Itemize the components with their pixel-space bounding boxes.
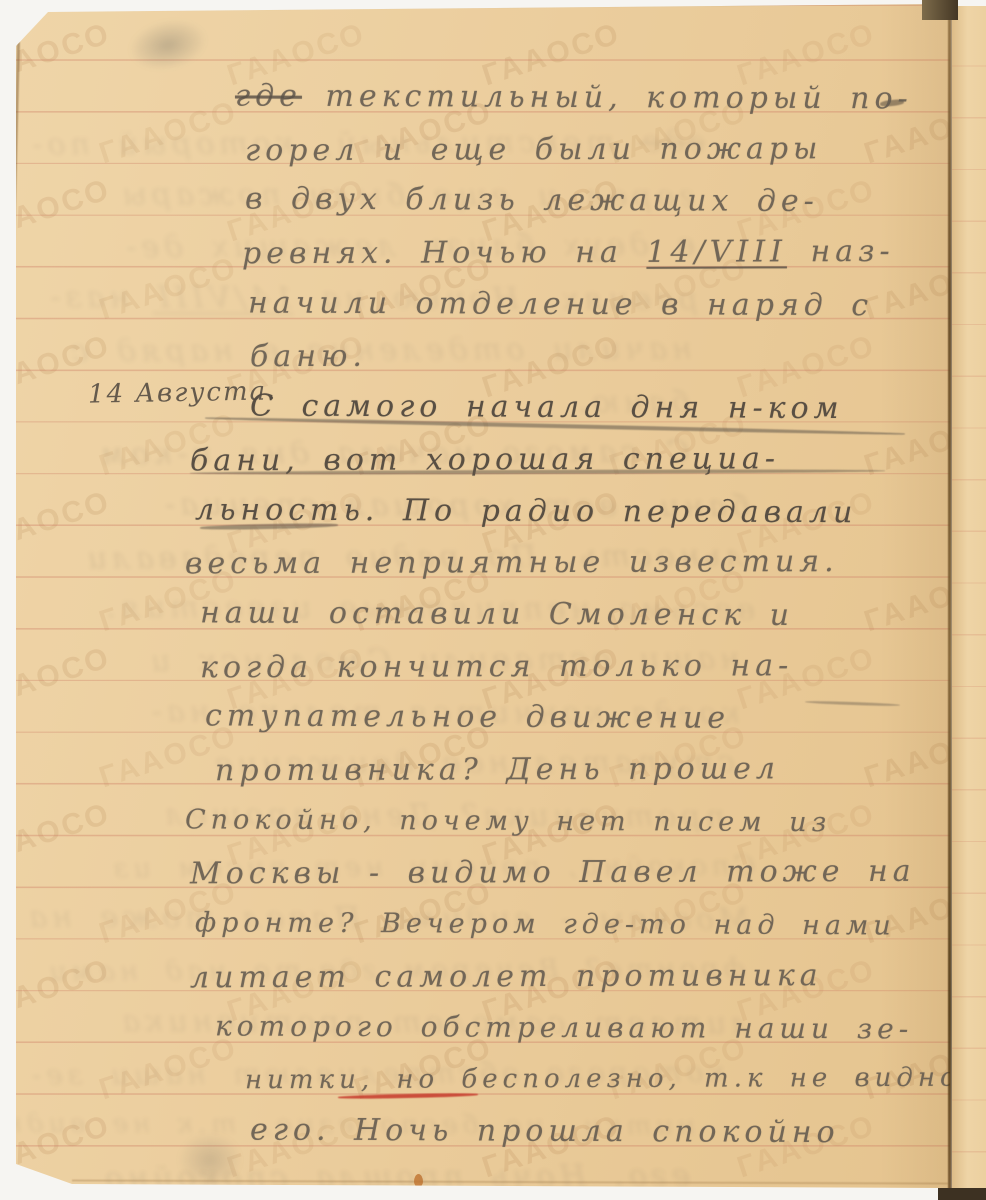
diary-line-segment: начили отделение в наряд с — [248, 285, 873, 323]
diary-line: литает самолет противника — [190, 949, 950, 1003]
diary-line: Москвы - видимо Павел тоже на — [190, 846, 950, 900]
diary-line-segment: текстильный, который по- — [302, 79, 913, 117]
diary-line-segment: в двух близь лежащих де- — [245, 182, 819, 220]
diary-line: противника? День прошел — [215, 743, 950, 797]
spine-tab-bottom — [938, 1188, 986, 1200]
diary-line: где текстильный, который по- — [235, 70, 950, 125]
diary-line-segment: фронте? Вечером где-то над нами — [195, 907, 896, 941]
spine-tab-top — [922, 0, 958, 20]
diary-line: нитки, но бесполезно, т.к не видно — [245, 1053, 950, 1107]
diary-line-segment: противника? День прошел — [215, 751, 780, 788]
diary-line: ревнях. Ночью на 14/VIII наз- — [242, 226, 950, 280]
diary-line-segment: нитки, но бесполезно, т.к не видно — [245, 1063, 961, 1095]
diary-line-segment: где — [235, 78, 302, 113]
diary-page: ГААОСОГААОСОГААОСОГААОСОГААОСОГААОСОГААО… — [10, 0, 955, 1192]
diary-line: весьма неприятные известия. — [185, 536, 950, 590]
diary-line-segment: когда кончится только на- — [200, 648, 793, 685]
diary-line: которого обстреливают наши зе- — [215, 1001, 950, 1056]
diary-line-segment: литает самолет противника — [190, 958, 823, 995]
diary-line-segment: горел и еще были пожары — [245, 131, 823, 168]
adjacent-page-ruled-lines — [952, 6, 986, 1190]
adjacent-page-sliver — [952, 6, 986, 1190]
diary-line-segment: Спокойно, почему нет писем из — [185, 804, 831, 838]
diary-line-segment: 14/VIII — [646, 234, 787, 269]
diary-line-segment: наши оставили Смоленск и — [200, 595, 794, 633]
diary-line: горел и еще были пожары — [245, 122, 950, 176]
diary-line: льность. По радио передавали — [195, 484, 950, 539]
diary-line-segment: ступательное движение — [205, 699, 730, 736]
diary-line: наши оставили Смоленск и — [200, 587, 950, 642]
diary-line-segment: ревнях. Ночью на — [242, 235, 647, 271]
diary-line: в двух близь лежащих де- — [245, 174, 950, 229]
diary-line: когда кончится только на- — [200, 639, 950, 693]
diary-text: где текстильный, который по-горел и еще … — [180, 72, 950, 1157]
diary-line-segment: баню. — [250, 339, 367, 374]
diary-line-segment: весьма неприятные известия. — [185, 544, 839, 581]
diary-line-segment: которого обстреливают наши зе- — [215, 1010, 913, 1046]
diary-line: баню. — [250, 329, 950, 383]
diary-line: фронте? Вечером где-то над нами — [195, 897, 950, 952]
diary-line: Спокойно, почему нет писем из — [185, 794, 950, 849]
diary-line: начили отделение в наряд с — [248, 277, 950, 332]
diary-line-segment: Москвы - видимо Павел тоже на — [190, 854, 916, 892]
diary-line: бани, вот хорошая специа- — [190, 432, 950, 486]
diary-line-segment: наз- — [787, 234, 895, 269]
scan-background: ГААОСОГААОСОГААОСОГААОСОГААОСОГААОСОГААО… — [0, 0, 986, 1200]
diary-line-segment: его. Ночь прошла спокойно — [250, 1112, 840, 1150]
diary-line: ступательное движение — [205, 691, 950, 746]
diary-line: его. Ночь прошла спокойно — [250, 1104, 950, 1159]
